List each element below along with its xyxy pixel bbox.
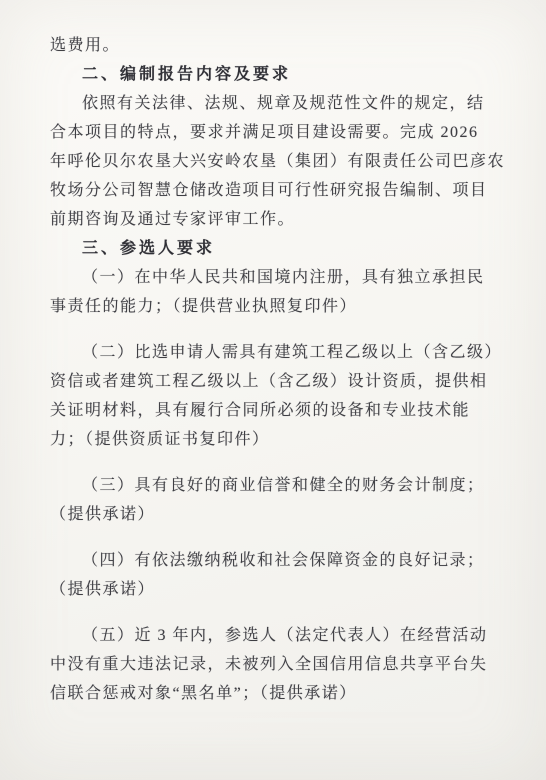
- text-line: 资信或者建筑工程乙级以上（含乙级）设计资质，提供相: [50, 367, 516, 396]
- requirement-item-2: （二）比选申请人需具有建筑工程乙级以上（含乙级）资信或者建筑工程乙级以上（含乙级…: [50, 338, 516, 454]
- text-line: （三）具有良好的商业信誉和健全的财务会计制度；: [50, 471, 516, 500]
- text-line: （一）在中华人民共和国境内注册，具有独立承担民: [50, 263, 516, 292]
- text-line: （二）比选申请人需具有建筑工程乙级以上（含乙级）: [50, 338, 516, 367]
- requirement-item-3: （三）具有良好的商业信誉和健全的财务会计制度；（提供承诺）: [50, 471, 516, 529]
- requirement-item-4: （四）有依法缴纳税收和社会保障资金的良好记录；（提供承诺）: [50, 546, 516, 604]
- text-line: 力；（提供资质证书复印件）: [50, 425, 516, 454]
- text-line: 中没有重大违法记录，未被列入全国信用信息共享平台失: [50, 650, 516, 679]
- section-3-heading: 三、参选人要求: [50, 234, 516, 263]
- text-line: （提供承诺）: [50, 500, 516, 529]
- continuation-fragment: 选费用。: [50, 31, 516, 60]
- text-line: （四）有依法缴纳税收和社会保障资金的良好记录；: [50, 546, 516, 575]
- text-line: 牧场分公司智慧仓储改造项目可行性研究报告编制、项目: [50, 176, 516, 205]
- text-line: 合本项目的特点，要求并满足项目建设需要。完成 2026: [50, 118, 516, 147]
- text-line: 选费用。: [50, 31, 516, 60]
- text-line: （五）近 3 年内，参选人（法定代表人）在经营活动: [50, 621, 516, 650]
- text-line: 年呼伦贝尔农垦大兴安岭农垦（集团）有限责任公司巴彦农: [50, 147, 516, 176]
- requirement-item-1: （一）在中华人民共和国境内注册，具有独立承担民事责任的能力；（提供营业执照复印件…: [50, 263, 516, 321]
- text-line: （提供承诺）: [50, 575, 516, 604]
- section-2-paragraph: 依照有关法律、法规、规章及规范性文件的规定，结合本项目的特点，要求并满足项目建设…: [50, 89, 516, 234]
- text-line: 信联合惩戒对象“黑名单”；（提供承诺）: [50, 679, 516, 708]
- text-line: 前期咨询及通过专家评审工作。: [50, 205, 516, 234]
- text-line: 依照有关法律、法规、规章及规范性文件的规定，结: [50, 89, 516, 118]
- text-line: 事责任的能力；（提供营业执照复印件）: [50, 292, 516, 321]
- document-page: 选费用。 二、编制报告内容及要求 依照有关法律、法规、规章及规范性文件的规定，结…: [0, 0, 546, 780]
- requirement-item-5: （五）近 3 年内，参选人（法定代表人）在经营活动中没有重大违法记录，未被列入全…: [50, 621, 516, 708]
- section-2-heading: 二、编制报告内容及要求: [50, 60, 516, 89]
- text-line: 关证明材料，具有履行合同所必须的设备和专业技术能: [50, 396, 516, 425]
